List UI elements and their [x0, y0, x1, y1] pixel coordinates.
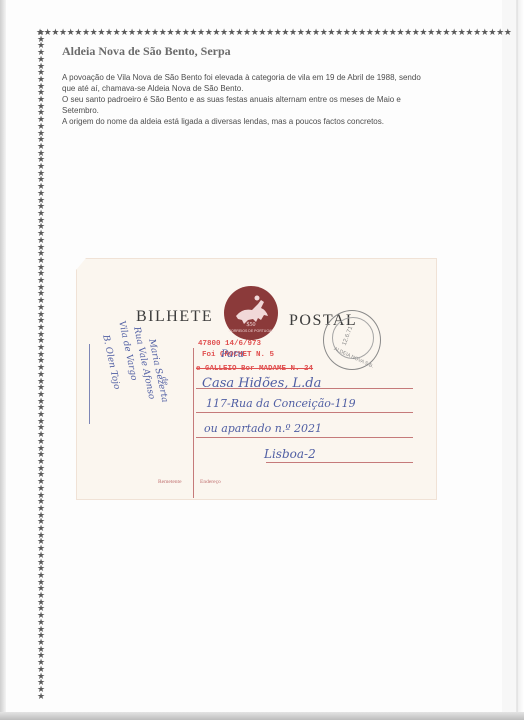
- page-title: Aldeia Nova de São Bento, Serpa: [62, 44, 432, 59]
- handwritten-sender-5: de: [160, 376, 170, 386]
- paragraph-history: A povoação de Vila Nova de São Bento foi…: [62, 72, 432, 94]
- red-stamp-line-3: e GALLEIO Bor MADAME N. 24: [196, 365, 313, 373]
- label-address: Endereço: [200, 479, 221, 485]
- label-sender: Remetente: [158, 479, 182, 485]
- red-stamp-line-1: 47800 14/6/973: [198, 340, 261, 348]
- page-edge-bottom: [0, 712, 524, 720]
- page-content: Aldeia Nova de São Bento, Serpa A povoaç…: [62, 44, 432, 127]
- handwritten-address-3: ou apartado n.º 2021: [204, 422, 322, 435]
- postmark: 12.6.71 ALDEIA NOVA S.B.: [323, 310, 381, 370]
- paragraph-patron: O seu santo padroeiro é São Bento e as s…: [62, 94, 432, 116]
- paragraph-origin: A origem do nome da aldeia está ligada a…: [62, 116, 432, 127]
- star-border-left: ★★★★★★★★★★★★★★★★★★★★★★★★★★★★★★★★★★★★★★★★…: [36, 30, 46, 700]
- page-edge-right: [502, 0, 524, 720]
- stamp-value: $50: [224, 322, 278, 328]
- handwritten-address-2: 117-Rua da Conceição-119: [206, 397, 356, 410]
- pen-stroke: [89, 344, 90, 424]
- address-line-3: [196, 437, 413, 438]
- stamp-imprint-horseman-icon: $50 CORREIOS DE PORTUGAL: [224, 286, 278, 340]
- page-edge-left: [0, 0, 6, 720]
- address-line-4: [266, 462, 413, 463]
- handwritten-address-1: Casa Hidões, L.da: [202, 376, 321, 391]
- handwritten-sender-4: B. Olen Tojo: [100, 334, 121, 390]
- postcard-heading-bilhete: BILHETE: [136, 308, 213, 326]
- handwritten-address-4: Lisboa-2: [264, 447, 316, 461]
- stamp-caption: CORREIOS DE PORTUGAL: [224, 329, 278, 333]
- postcard: BILHETE $50 CORREIOS DE PORTUGAL POSTAL …: [76, 258, 437, 500]
- handwritten-para: Para: [221, 349, 244, 360]
- sender-address-divider: [193, 348, 194, 498]
- address-line-2: [196, 412, 413, 413]
- star-border-top: ★★★★★★★★★★★★★★★★★★★★★★★★★★★★★★★★★★★★★★★★…: [36, 27, 512, 39]
